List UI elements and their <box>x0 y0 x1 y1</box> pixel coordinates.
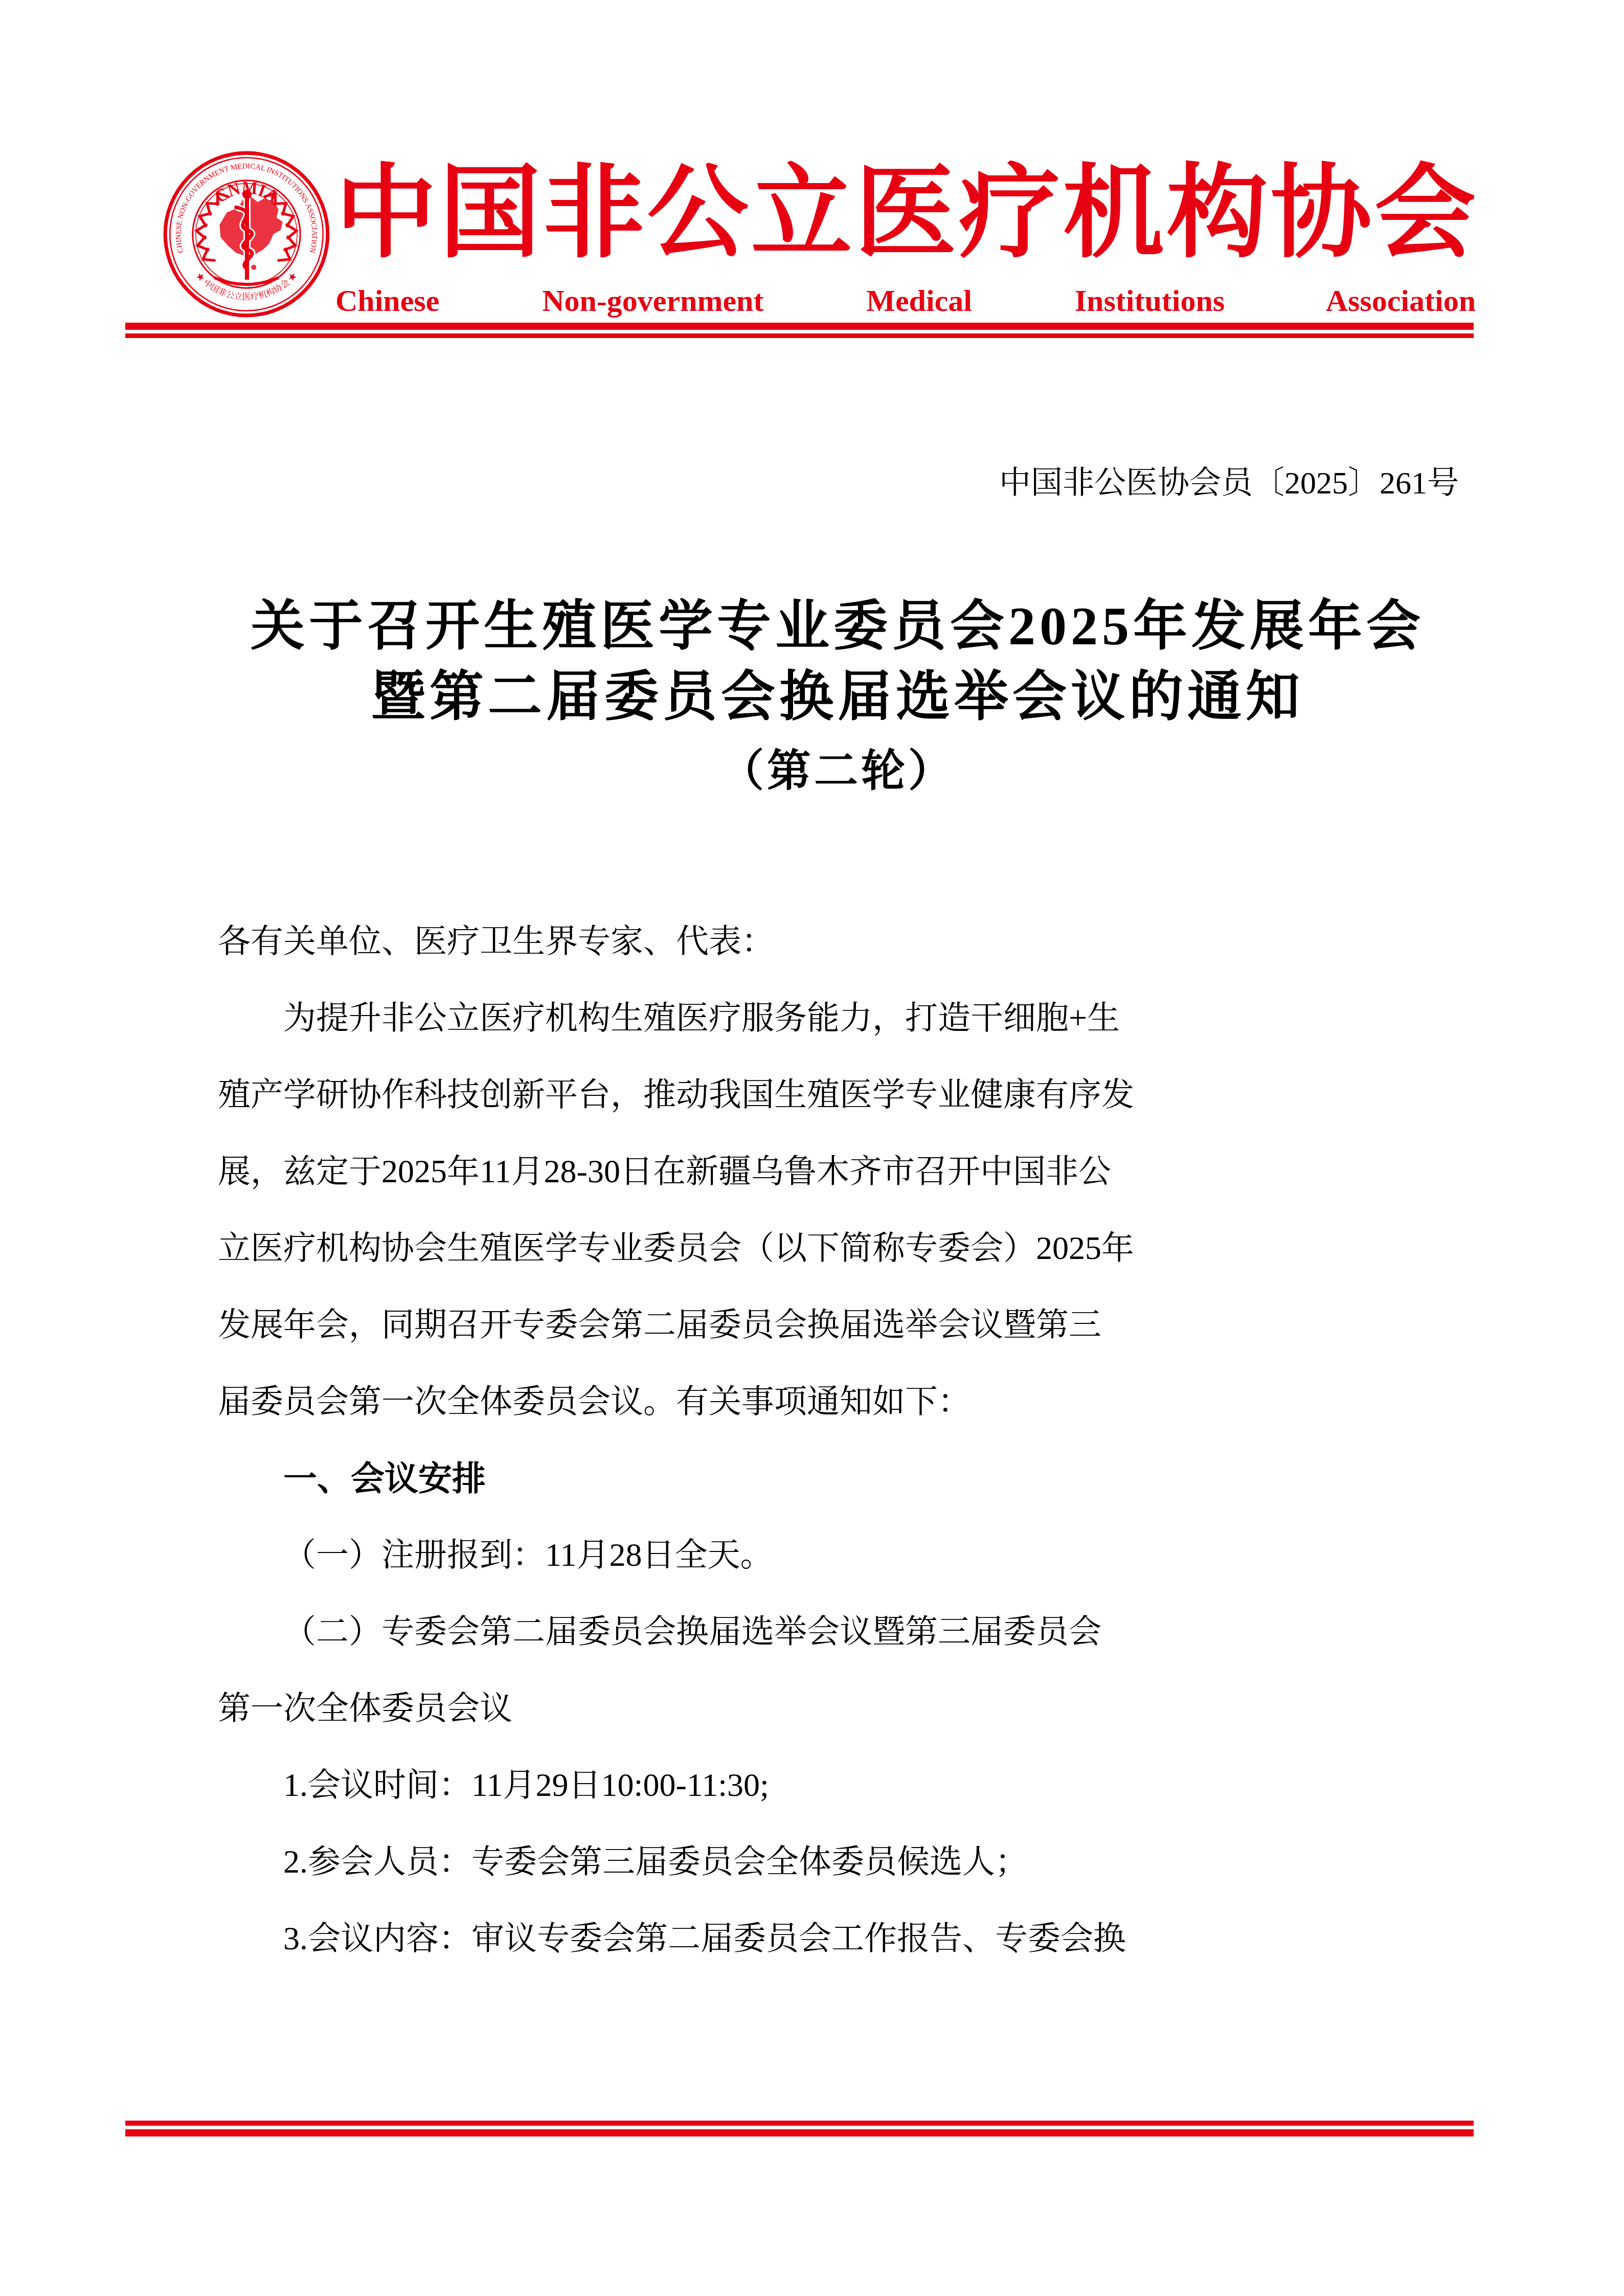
footer-rule-thin <box>125 2121 1474 2126</box>
body-line: 3.会议内容：审议专委会第二届委员会工作报告、专委会换 <box>218 1900 1457 1977</box>
document-number: 中国非公医协会员〔2025〕261号 <box>999 463 1459 504</box>
notice-title: 关于召开生殖医学专业委员会2025年发展年会 暨第二届委员会换届选举会议的通知 … <box>192 591 1483 810</box>
body-line: 展，兹定于2025年11月28-30日在新疆乌鲁木齐市召开中国非公 <box>218 1133 1457 1210</box>
document-page: CHINESE NON-GOVERNMENT MEDICAL INSTITUTI… <box>0 0 1624 2296</box>
body-line: （二）专委会第二届委员会换届选举会议暨第三届委员会 <box>218 1593 1457 1670</box>
body-line: （一）注册报到：11月28日全天。 <box>218 1517 1457 1593</box>
salutation-line: 各有关单位、医疗卫生界专家、代表： <box>218 903 1457 980</box>
title-line-1: 关于召开生殖医学专业委员会2025年发展年会 <box>192 591 1483 662</box>
org-name-chinese: 中国非公立医疗机构协会 <box>335 144 1476 283</box>
body-line: 殖产学研协作科技创新平台，推动我国生殖医学专业健康有序发 <box>218 1056 1457 1133</box>
footer-rule-thick <box>125 2129 1474 2136</box>
body-line: 届委员会第一次全体委员会议。有关事项通知如下： <box>218 1363 1457 1440</box>
title-line-2: 暨第二届委员会换届选举会议的通知 <box>192 662 1483 732</box>
org-name-english: Chinese Non-government Medical Instituti… <box>335 282 1476 319</box>
body-line: 为提升非公立医疗机构生殖医疗服务能力，打造干细胞+生 <box>218 980 1457 1056</box>
header-rule-thick <box>125 323 1474 330</box>
body-line: 立医疗机构协会生殖医学专业委员会（以下简称专委会）2025年 <box>218 1210 1457 1287</box>
body-line: 发展年会，同期召开专委会第二届委员会换届选举会议暨第三 <box>218 1287 1457 1363</box>
header-rule-thin <box>125 333 1474 338</box>
body-line: 2.参会人员：专委会第三届委员会全体委员候选人； <box>218 1824 1457 1900</box>
notice-body: 各有关单位、医疗卫生界专家、代表： 为提升非公立医疗机构生殖医疗服务能力，打造干… <box>218 903 1457 1977</box>
cnmia-seal-logo: CHINESE NON-GOVERNMENT MEDICAL INSTITUTI… <box>159 146 334 322</box>
body-line: 1.会议时间：11月29日10:00-11:30; <box>218 1747 1457 1824</box>
section-heading-1: 一、会议安排 <box>218 1440 1457 1517</box>
body-line: 第一次全体委员会议 <box>218 1670 1457 1747</box>
title-line-3: （第二轮） <box>192 732 1483 810</box>
